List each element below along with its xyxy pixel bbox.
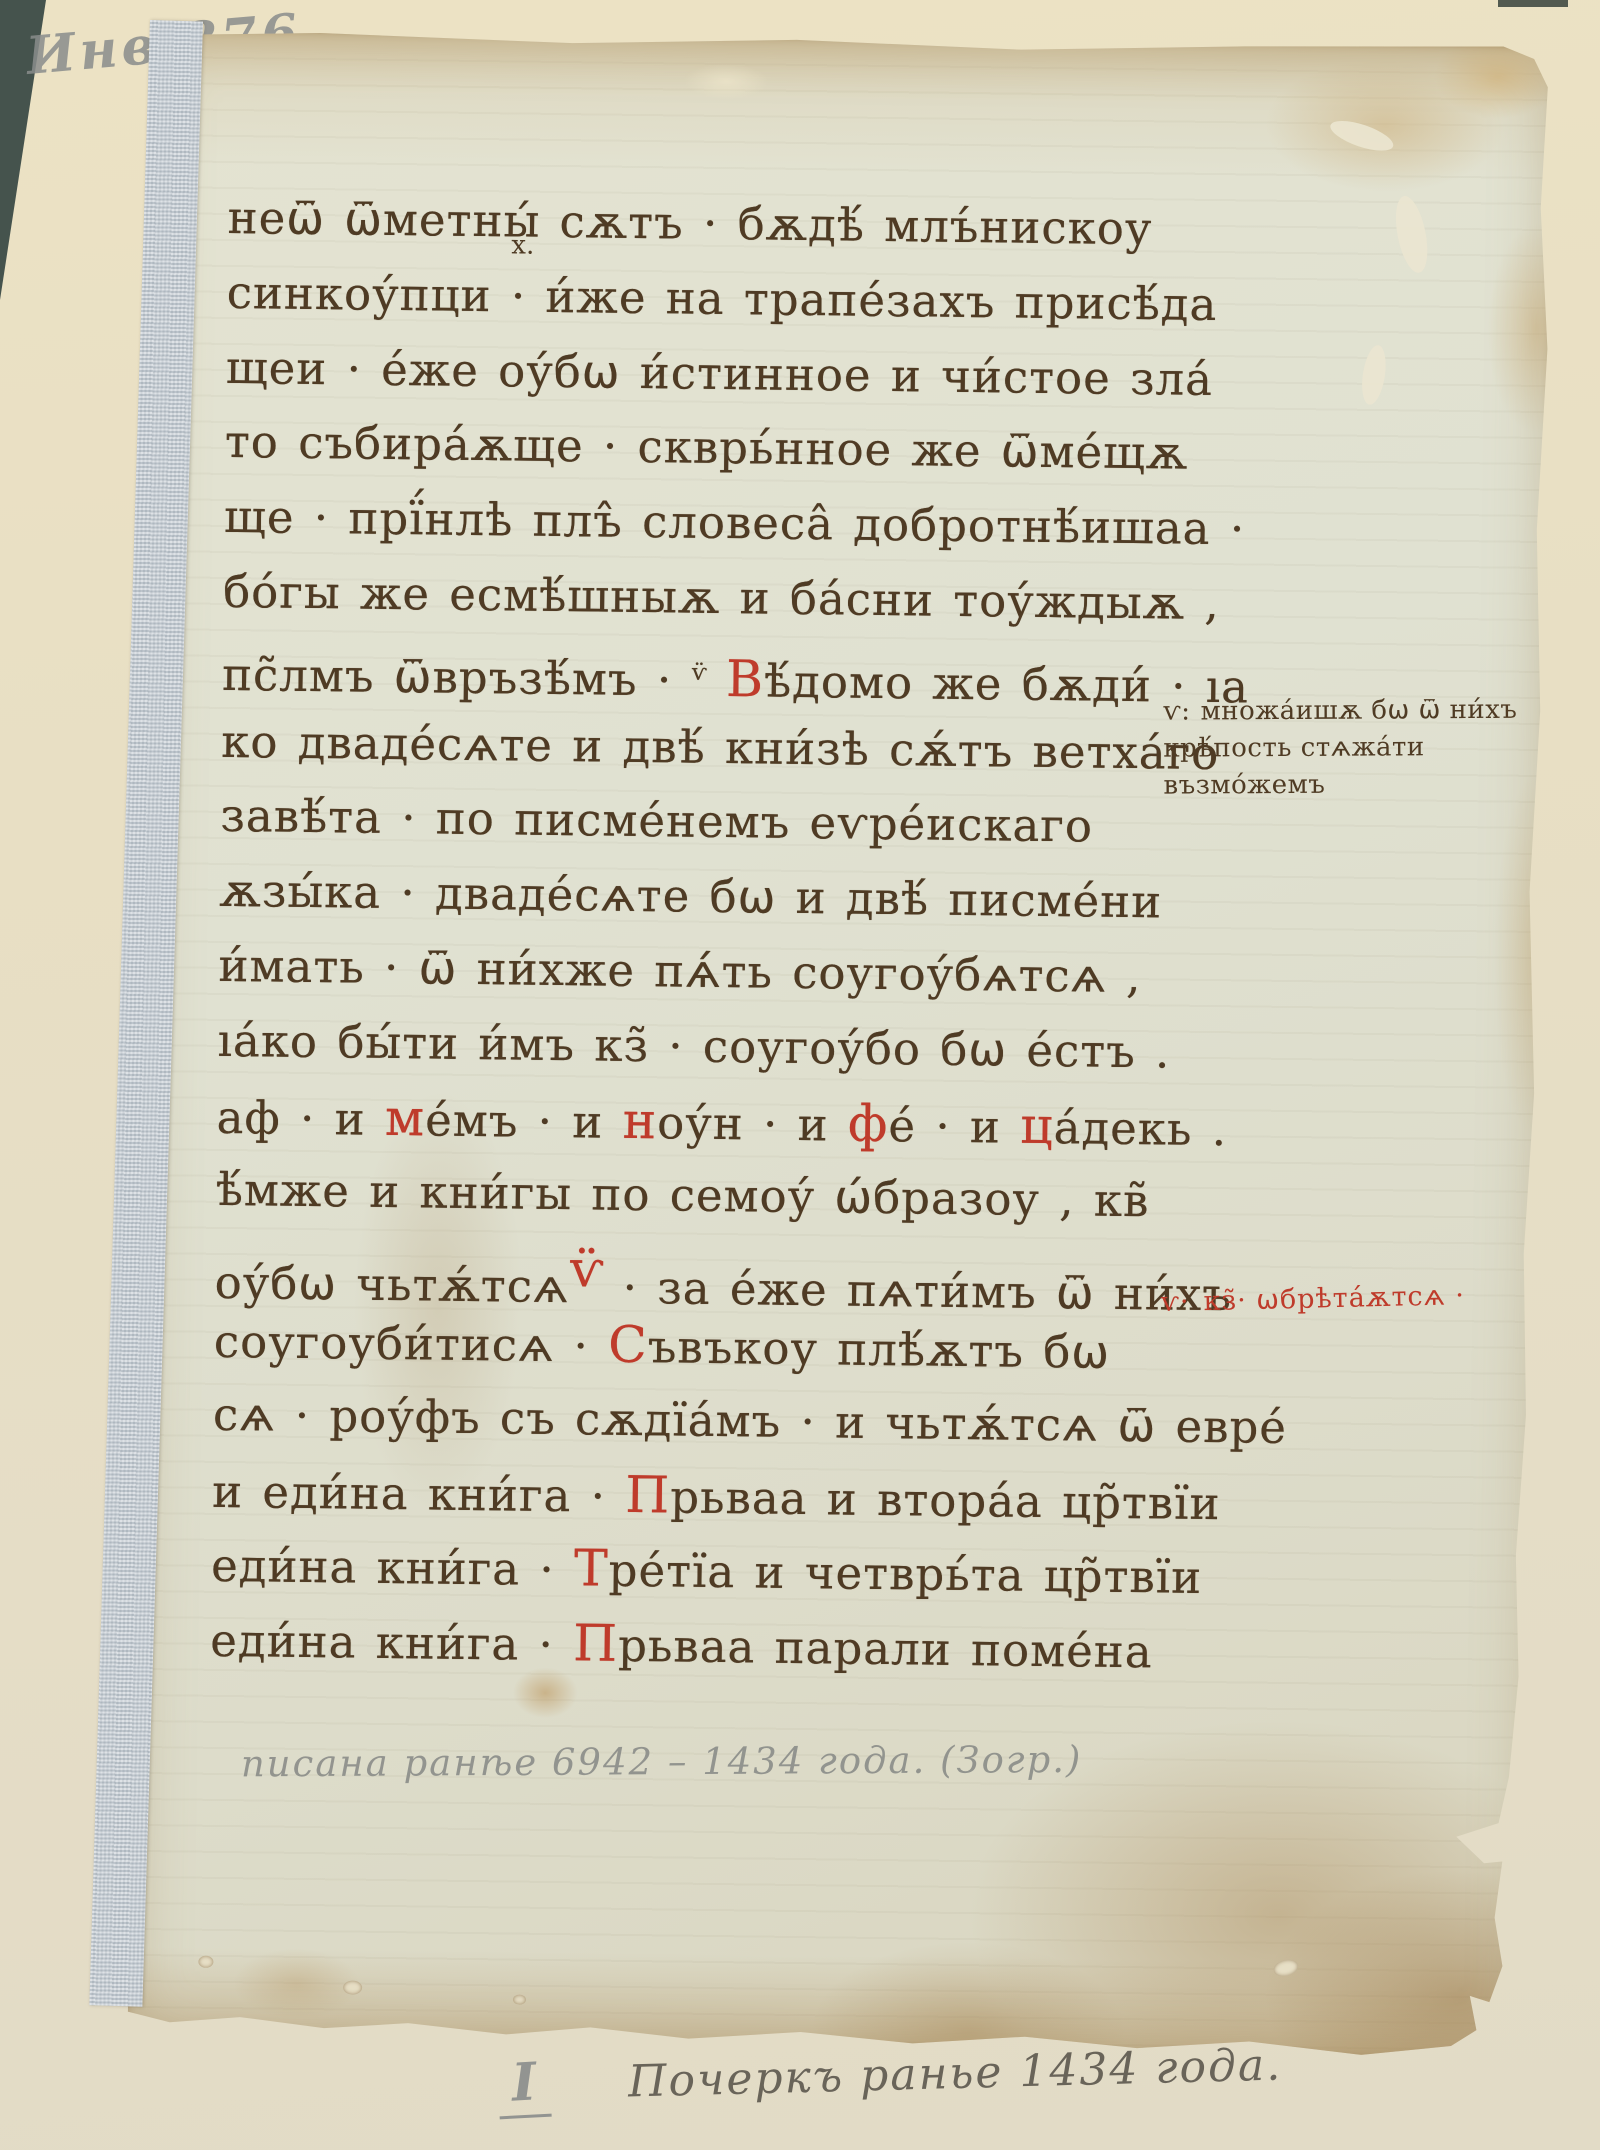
handwritten-date-note: Почеркъ ранье 1434 года.	[627, 2039, 1282, 2107]
margin-note-1: ѵ:множа́ишѫ бѡ ѿ ни́хъкрѣ́пость стѧжа́ти…	[1163, 692, 1534, 805]
wormhole	[513, 1995, 526, 2005]
manuscript-line: неѿ ѿметны́ сѫтъ · бѫдѣ́ млъ́нискоу	[227, 181, 1328, 269]
manuscript-line: ко дваде́сѧте и двѣ́ кни́зѣ сѫ́тъ ветха́…	[221, 704, 1322, 792]
manuscript-line: Тѣ́мже и кни́гы по семоу́ ѡ́бразоу , кв̃	[215, 1153, 1316, 1241]
manuscript-line: завѣ́та · по писме́немъ еѵре́искаго	[220, 779, 1321, 867]
margin-note-line: възмо́жемъ	[1163, 766, 1533, 805]
wormhole	[343, 1980, 362, 1994]
paper-flake	[1358, 344, 1389, 407]
manuscript-line: оу́бѡ чьтѫ́тсѧѵ̈ · за е́же пѧти́мъ ѿ ни́…	[214, 1228, 1315, 1316]
manuscript-leaf: х. неѿ ѿметны́ сѫтъ · бѫдѣ́ млъ́нискоуси…	[127, 30, 1553, 2059]
wormhole	[1272, 1957, 1300, 1979]
backdrop-top-sliver	[1498, 0, 1568, 7]
manuscript-line: соугоуби́тисѧ · Съвъкоу плѣ́ѫтъ бѡ	[214, 1303, 1315, 1391]
manuscript-line: синкоу́пци · и́же на трапе́захъ присѣ́да	[226, 256, 1327, 344]
photograph: Инв 876 х. неѿ ѿметны́ сѫтъ · бѫдѣ́ млъ́…	[0, 0, 1600, 2150]
manuscript-line: хаф · и ме́мъ · и ноу́н · и фе́ · и ца́д…	[216, 1078, 1317, 1166]
manuscript-line: щеи · е́же оу́бѡ и́стинное и чи́стое зла…	[225, 331, 1326, 419]
manuscript-line: ще · прї́нлѣ плъ̂ словеса̂ добротнѣ́ишаа…	[224, 480, 1325, 568]
manuscript-line: сѧ · роу́фъ съ сѫдїа́мъ · и чьтѫ́тсѧ ѿ е…	[213, 1378, 1314, 1466]
manuscript-line: еди́на кни́га · Прьваа парали поме́на	[210, 1602, 1311, 1690]
manuscript-line: ıа́ко бы́ти и́мъ кз̃ · соугоу́бо бѡ е́ст…	[217, 1004, 1318, 1092]
manuscript-text: неѿ ѿметны́ сѫтъ · бѫдѣ́ млъ́нискоусинко…	[210, 181, 1328, 1690]
paper-flake	[1390, 193, 1433, 275]
manuscript-line: ѫзы́ка · дваде́сѧте бѡ и двѣ́ писме́ни	[219, 854, 1320, 942]
roman-numeral: I	[496, 2051, 552, 2120]
manuscript-line: еди́на кни́га · Тре́тїа и четврь́та цр̃т…	[211, 1527, 1312, 1615]
paper-flake	[1327, 115, 1397, 157]
margin-note-2-mark: ѵ·	[1160, 1286, 1190, 1318]
mount-board: Инв 876 х. неѿ ѿметны́ сѫтъ · бѫдѣ́ млъ́…	[0, 0, 1600, 2150]
manuscript-line: то събира́ѫще · скврь́нное же ѿме́щѫ	[225, 405, 1326, 493]
manuscript-line: бо́гы же есмѣ́шныѫ и ба́сни тоу́ждыѫ ,	[223, 555, 1324, 643]
manuscript-line: и еди́на кни́га · Прьваа и втора́а цр̃тв…	[212, 1452, 1313, 1540]
margin-note-2-text: кз̃· ѡбрѣта́ѫтсѧ ·	[1203, 1280, 1465, 1317]
manuscript-line: и́мать · ѿ ни́хже пѧ́ть соугоу́бѧтсѧ ,	[218, 929, 1319, 1017]
manuscript-line: пс̃лмъ ѿвръзѣ́мъ · ѵ̈ Вѣ́домо же бѫди́ ·…	[222, 630, 1323, 718]
margin-note-line: крѣ́пость стѧжа́ти	[1163, 729, 1533, 768]
wormhole	[198, 1956, 213, 1968]
date-pencil-note: писана ранѣе 6942 – 1434 года. (Зогр.)	[241, 1737, 1291, 1785]
margin-note-line: ѵ:множа́ишѫ бѡ ѿ ни́хъ	[1163, 692, 1533, 731]
